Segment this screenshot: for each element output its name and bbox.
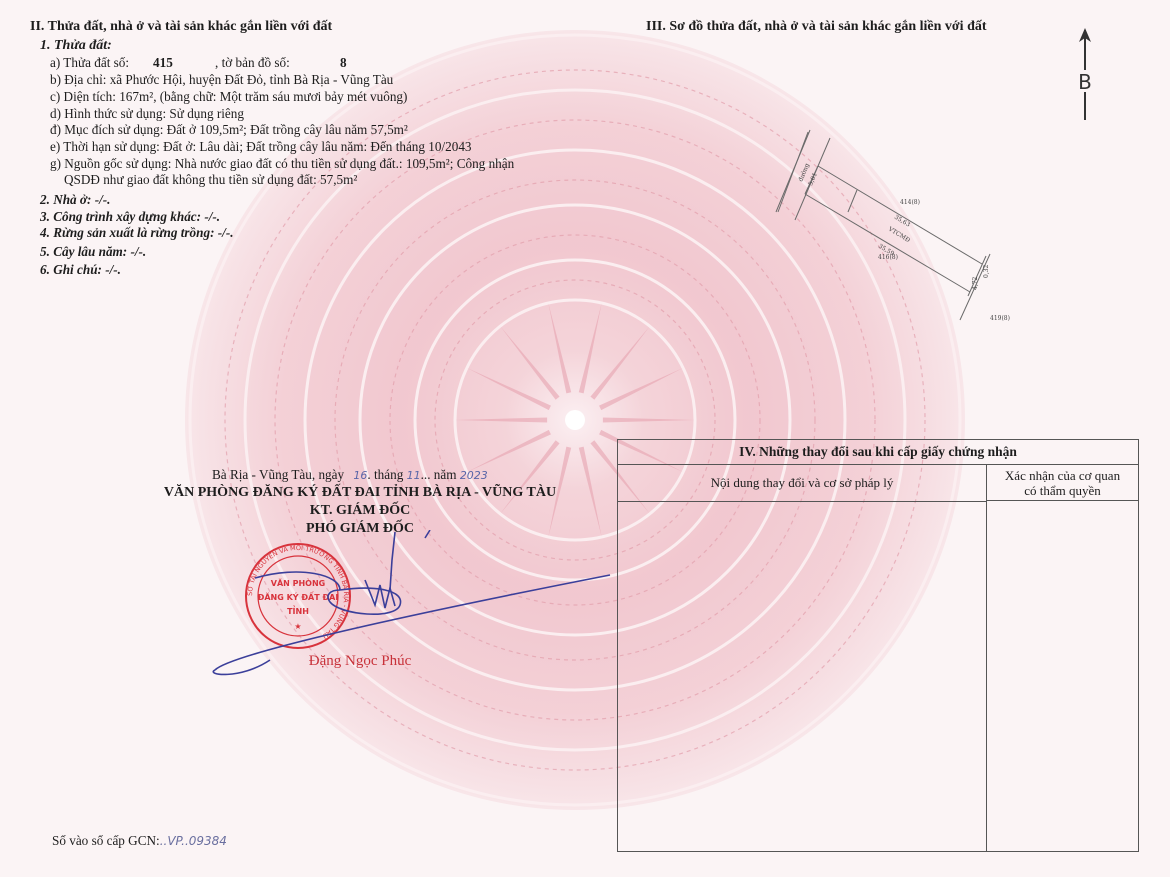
signing-block: Bà Rịa - Vũng Tàu, ngày 16. tháng 11... … — [150, 465, 600, 685]
section-iii-title: III. Sơ đồ thửa đất, nhà ở và tài sản kh… — [646, 19, 987, 35]
section-ii: II. Thửa đất, nhà ở và tài sản khác gắn … — [0, 0, 610, 300]
map-sheet-label: , tờ bản đồ số: — [215, 55, 290, 71]
place-date-prefix: Bà Rịa - Vũng Tàu, ngày — [212, 467, 344, 482]
place-date: Bà Rịa - Vũng Tàu, ngày 16. tháng 11... … — [212, 467, 488, 484]
changes-table: IV. Những thay đổi sau khi cấp giấy chứn… — [617, 439, 1139, 852]
parcel-number: 415 — [153, 55, 173, 71]
origin-line2: QSDĐ như giao đất không thu tiền sử dụng… — [64, 172, 357, 188]
year-label: năm — [434, 467, 457, 482]
parcel-diagram: đường 5,01 414(8) 35,63 VTCMĐ 35,59 416(… — [760, 120, 1030, 340]
month-label: tháng — [374, 467, 403, 482]
month-value: 11 — [407, 469, 421, 482]
svg-text:35,63: 35,63 — [893, 214, 911, 229]
year-value: 2023 — [460, 469, 488, 482]
col-confirm-line2: có thẩm quyền — [987, 483, 1138, 498]
svg-text:0,32: 0,32 — [983, 264, 990, 278]
house: 2. Nhà ở: -/-. — [40, 192, 110, 208]
north-arrow-icon: B — [1070, 26, 1100, 122]
area: c) Diện tích: 167m², (bằng chữ: Một trăm… — [50, 89, 407, 105]
day-value: 16 — [353, 469, 367, 482]
col-confirm-header: Xác nhận của cơ quan có thẩm quyền — [987, 465, 1138, 501]
col-confirm-line1: Xác nhận của cơ quan — [987, 468, 1138, 483]
registry-line: Số vào sổ cấp GCN:..VP..09384 — [52, 833, 227, 849]
svg-text:ĐĂNG KÝ ĐẤT ĐAI: ĐĂNG KÝ ĐẤT ĐAI — [258, 590, 339, 602]
svg-text:416(8): 416(8) — [878, 254, 898, 261]
svg-text:414(8): 414(8) — [900, 199, 920, 206]
registry-label: Số vào sổ cấp GCN: — [52, 833, 160, 848]
notes: 6. Ghi chú: -/-. — [40, 262, 121, 278]
section-ii-title: II. Thửa đất, nhà ở và tài sản khác gắn … — [30, 19, 332, 35]
signer-name: Đặng Ngọc Phúc — [160, 653, 560, 670]
svg-text:5,01: 5,01 — [807, 172, 818, 187]
svg-text:TỈNH: TỈNH — [287, 605, 309, 616]
usage-form: d) Hình thức sử dụng: Sử dụng riêng — [50, 106, 244, 122]
position: PHÓ GIÁM ĐỐC — [160, 521, 560, 537]
office-name: VĂN PHÒNG ĐĂNG KÝ ĐẤT ĐAI TỈNH BÀ RỊA - … — [160, 485, 560, 501]
official-stamp: SỞ TÀI NGUYÊN VÀ MÔI TRƯỜNG TỈNH BÀ RỊA … — [243, 541, 353, 651]
perennial-trees: 5. Cây lâu năm: -/-. — [40, 244, 146, 260]
col-content-header: Nội dung thay đổi và cơ sở pháp lý — [618, 465, 987, 502]
svg-text:B: B — [1078, 70, 1092, 94]
svg-text:★: ★ — [294, 622, 301, 631]
map-sheet-number: 8 — [340, 55, 347, 71]
svg-text:4,72: 4,72 — [972, 276, 979, 290]
origin-line1: g) Nguồn gốc sử dụng: Nhà nước giao đất … — [50, 156, 514, 172]
section-iv-title: IV. Những thay đổi sau khi cấp giấy chứn… — [618, 440, 1138, 465]
svg-text:419(8): 419(8) — [990, 315, 1010, 322]
other-construction: 3. Công trình xây dựng khác: -/-. — [40, 209, 220, 225]
address: b) Địa chỉ: xã Phước Hội, huyện Đất Đỏ, … — [50, 72, 393, 88]
production-forest: 4. Rừng sản xuất là rừng trồng: -/-. — [40, 225, 234, 241]
svg-text:VĂN PHÒNG: VĂN PHÒNG — [271, 577, 325, 588]
on-behalf: KT. GIÁM ĐỐC — [160, 503, 560, 519]
changes-content-cell — [618, 502, 987, 851]
registry-value: ..VP..09384 — [160, 834, 227, 848]
usage-term: e) Thời hạn sử dụng: Đất ở: Lâu dài; Đất… — [50, 139, 472, 155]
parcel-label: a) Thửa đất số: — [50, 55, 129, 71]
usage-purpose: đ) Mục đích sử dụng: Đất ở 109,5m²; Đất … — [50, 122, 408, 138]
land-heading: 1. Thửa đất: — [40, 38, 112, 54]
changes-confirm-cell — [987, 502, 1138, 851]
